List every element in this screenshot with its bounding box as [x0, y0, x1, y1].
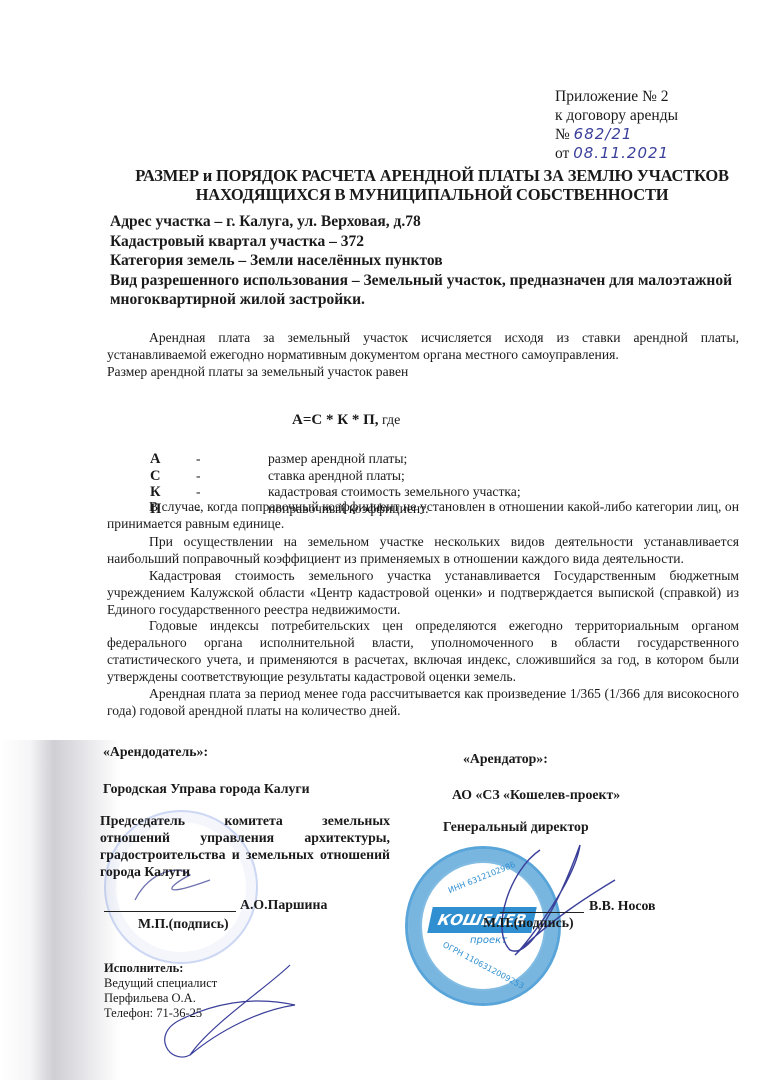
lessee-signature-line: [500, 912, 584, 913]
contract-number-row: № 682/21: [555, 125, 678, 144]
executor-name: Перфильева О.А.: [104, 991, 217, 1006]
contract-date-row: от 08.11.2021: [555, 144, 678, 163]
plot-info: Адрес участка – г. Калуга, ул. Верховая,…: [110, 212, 760, 310]
lessor-signature-line: [104, 911, 236, 912]
executor-label: Исполнитель:: [104, 961, 217, 976]
plot-address: Адрес участка – г. Калуга, ул. Верховая,…: [110, 212, 760, 232]
paragraph-multiple-activities: При осуществлении на земельном участке н…: [107, 533, 739, 567]
rent-formula: А=С * К * П, где: [292, 412, 400, 429]
appendix-contract-ref: к договору аренды: [555, 106, 678, 125]
land-category: Категория земель – Земли населённых пунк…: [110, 251, 760, 271]
scan-edge-shadow: [0, 740, 120, 1080]
lessor-position: Председатель комитета земельных отношени…: [100, 812, 390, 880]
paragraph-partial-year: Арендная плата за период менее года расс…: [107, 685, 739, 719]
intro-rent-equals: Размер арендной платы за земельный участ…: [107, 363, 739, 380]
intro-paragraph: Арендная плата за земельный участок исчи…: [107, 329, 739, 363]
lessee-seal-caption: М.П.(подпись): [483, 914, 574, 931]
legend-row: С-ставка арендной платы;: [150, 468, 521, 485]
cadastral-quarter: Кадастровый квартал участка – 372: [110, 232, 760, 252]
lessor-label: «Арендодатель»:: [103, 743, 208, 760]
lessor-seal-caption: М.П.(подпись): [138, 915, 229, 932]
contract-date-handwritten: 08.11.2021: [573, 144, 669, 162]
lessee-org: АО «СЗ «Кошелев-проект»: [452, 786, 620, 803]
appendix-header: Приложение № 2 к договору аренды № 682/2…: [555, 87, 678, 163]
executor-position: Ведущий специалист: [104, 976, 217, 991]
paragraph-coefficient-default: В случае, когда поправочный коэффициент …: [107, 498, 739, 532]
executor-phone: Телефон: 71-36-25: [104, 1006, 217, 1021]
legend-row: А-размер арендной платы;: [150, 451, 521, 468]
appendix-number: Приложение № 2: [555, 87, 678, 106]
executor-block: Исполнитель: Ведущий специалист Перфилье…: [104, 961, 217, 1021]
document-title: РАЗМЕР и ПОРЯДОК РАСЧЕТА АРЕНДНОЙ ПЛАТЫ …: [100, 166, 764, 204]
lessor-name: А.О.Паршина: [240, 896, 327, 913]
lessee-position: Генеральный директор: [443, 818, 589, 835]
lessor-org: Городская Управа города Калуги: [103, 780, 310, 797]
paragraph-cadastral-value: Кадастровая стоимость земельного участка…: [107, 567, 739, 618]
lessee-label: «Арендатор»:: [463, 750, 548, 767]
lessee-name: В.В. Носов: [589, 897, 656, 914]
permitted-use: Вид разрешенного использования – Земельн…: [110, 271, 760, 310]
contract-number-handwritten: 682/21: [574, 125, 633, 143]
paragraph-price-indices: Годовые индексы потребительских цен опре…: [107, 617, 739, 685]
